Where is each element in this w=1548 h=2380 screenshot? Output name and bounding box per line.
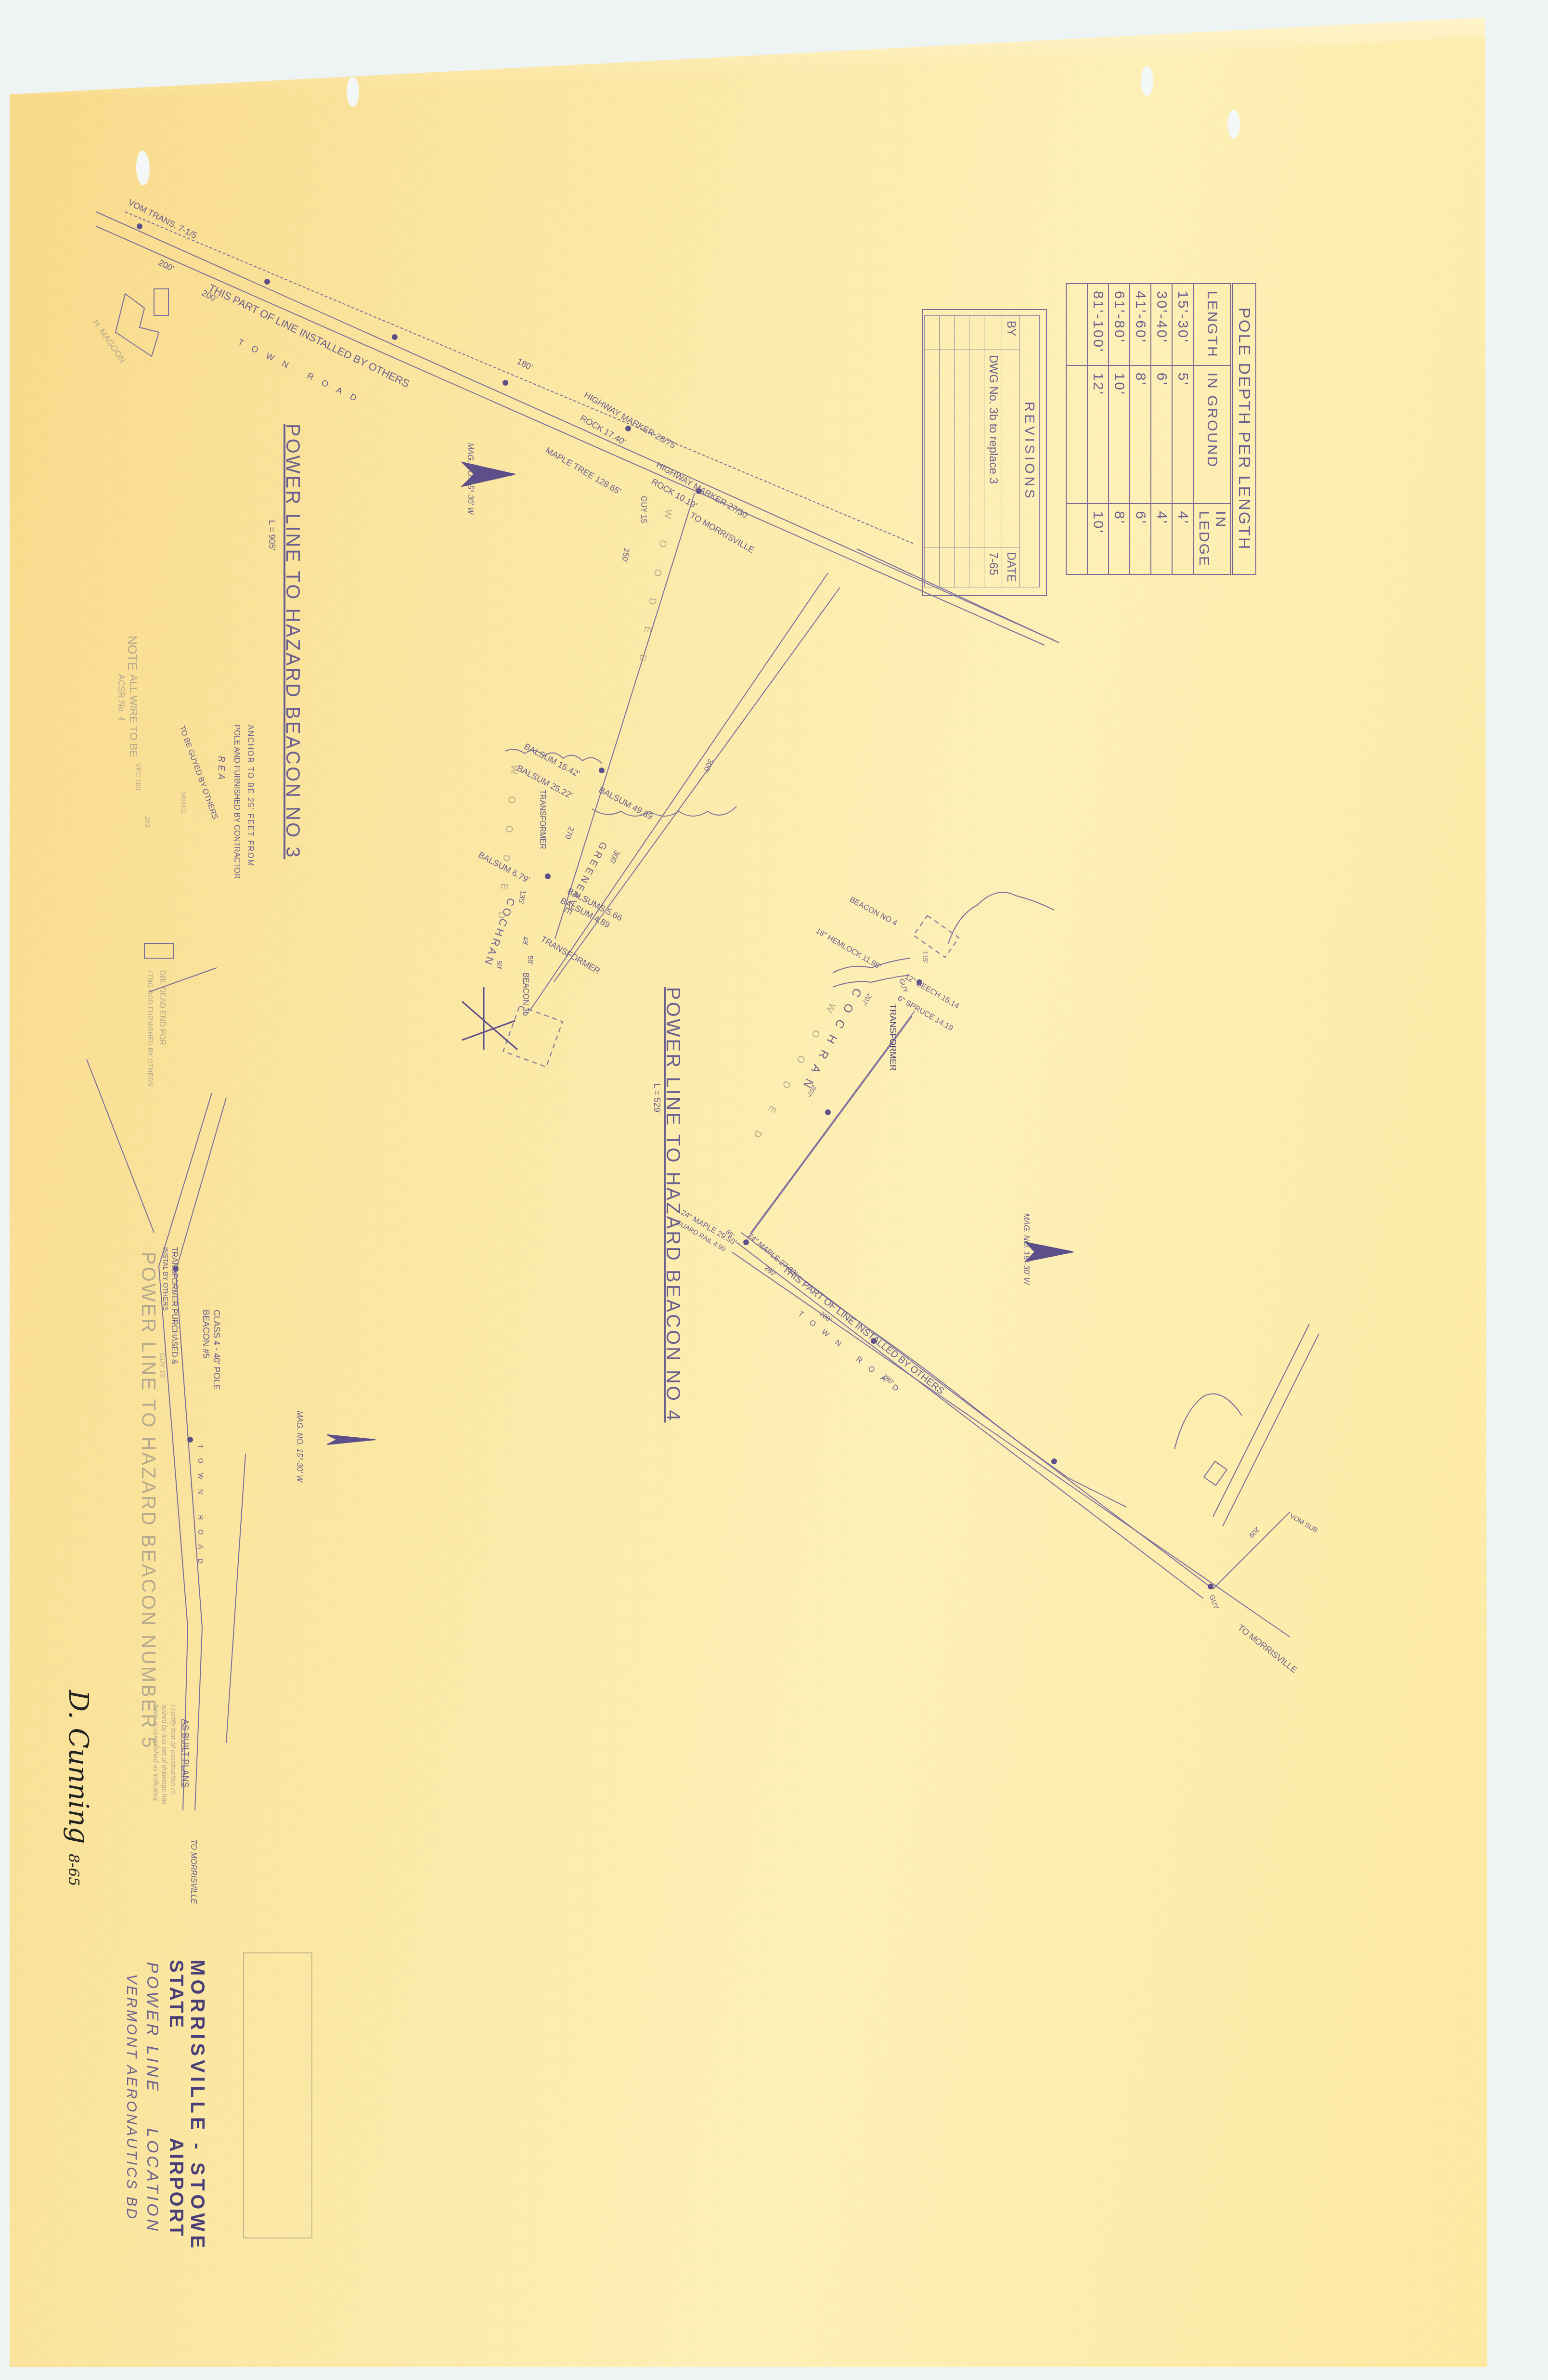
- label-to-morrisville-3: TO MORRISVILLE: [189, 1839, 197, 1904]
- label-transformer-purchased: TRANSFORMER PURCHASED &: [169, 1247, 178, 1365]
- label-guy-15: GUY 15: [639, 496, 647, 523]
- title-line4: VERMONT AERONAUTICS BD: [123, 1974, 140, 2221]
- revisions-title: REVISIONS: [1020, 316, 1040, 587]
- cell: 61'-80': [1109, 284, 1130, 365]
- cell: 4': [1151, 504, 1172, 574]
- title-line1: MORRISVILLE - STOWE: [186, 1960, 208, 2252]
- cell: [925, 350, 940, 547]
- label-span-283: 283': [144, 816, 152, 829]
- label-certify-3: been accomplished as indicated.: [152, 1704, 160, 1802]
- label-rea: REA: [216, 756, 226, 782]
- label-anchor-note-2: POLE AND FURNISHED BY CONTRACTOR: [232, 725, 241, 879]
- cell: [940, 316, 955, 350]
- cell: DWG No. 3b to replace 3: [984, 350, 1002, 547]
- label-guy-15b: GUY 15': [158, 1353, 166, 1378]
- cell: 6': [1130, 504, 1151, 574]
- pole-depth-title: POLE DEPTH PER LENGTH: [1232, 284, 1256, 574]
- cell: 4': [1172, 504, 1193, 574]
- title-block: [243, 1952, 312, 2238]
- label-span-50b: 50': [495, 961, 503, 969]
- table-row: 81'-100'12'10': [1087, 284, 1109, 574]
- table-row: 41'-60'8'6': [1130, 284, 1151, 574]
- label-mckee: McKEE: [180, 792, 188, 815]
- cell: [955, 350, 969, 547]
- title-line2-right: AIRPORT: [165, 2138, 187, 2238]
- label-span-50a: 50': [527, 956, 534, 964]
- cell: [925, 316, 940, 350]
- cell: [925, 547, 940, 587]
- cell: 10': [1109, 365, 1130, 504]
- revisions-table: REVISIONS BY DATE DWG No. 3b to replace …: [924, 315, 1040, 587]
- cell: [1066, 504, 1087, 574]
- cell: [969, 316, 984, 350]
- table-row: 30'-40'6'4': [1151, 284, 1172, 574]
- header-length: LENGTH: [1193, 284, 1232, 365]
- beacon3-title: POWER LINE TO HAZARD BEACON NO 3: [282, 424, 303, 859]
- label-certify-1: I certify that all construction re-: [169, 1704, 177, 1796]
- cell: 6': [1151, 365, 1172, 504]
- pole-depth-table: POLE DEPTH PER LENGTH LENGTH IN GROUND I…: [1066, 283, 1256, 575]
- cell: 8': [1130, 365, 1151, 504]
- label-as-built: AS BUILT PLANS: [180, 1719, 190, 1787]
- label-note-text-2: ACSR No. 4: [116, 674, 126, 721]
- label-ltng-rod: LTNG ROD FURNISHED BY OTHERS: [146, 970, 154, 1086]
- title-line3-left: POWER LINE: [143, 1962, 162, 2094]
- header-desc: [1002, 350, 1020, 547]
- signature-name: D. Cunning: [63, 1690, 94, 1844]
- cell: 7-65: [984, 547, 1002, 587]
- cell: [955, 316, 969, 350]
- table-row: 61'-80'10'8': [1109, 284, 1130, 574]
- label-certify-2: quired by this set of drawings has: [161, 1704, 168, 1805]
- label-anchor-note-1: ANCHOR TO BE 25' FEET FROM: [245, 725, 254, 867]
- label-span-49: 49': [522, 936, 529, 945]
- header-by: BY: [1002, 316, 1020, 350]
- cell: 10': [1087, 504, 1109, 574]
- cell: [955, 547, 969, 587]
- label-transformer-1: TRANSFORMER: [538, 790, 546, 849]
- north-arrow-label-2: MAG. NO. 15°-30' W: [1021, 1213, 1030, 1285]
- label-class4-pole: CLASS 4 - 40' POLE: [211, 1310, 221, 1390]
- north-arrow-label-1: MAG. NO. 15°-30' W: [465, 443, 474, 514]
- cell: [969, 350, 984, 547]
- table-row: DWG No. 3b to replace 37-65: [984, 316, 1002, 587]
- cell: [969, 547, 984, 587]
- cell: 12': [1087, 365, 1109, 504]
- cell: 30'-40': [1151, 284, 1172, 365]
- label-beacon-3b: BEACON 3b: [521, 973, 529, 1016]
- cell: [940, 547, 955, 587]
- label-beacon-5: BEACON #5: [201, 1310, 211, 1358]
- beacon3-length: L = 905': [267, 520, 277, 550]
- line-drawing: [0, 0, 1548, 2380]
- title-line2-left: STATE: [165, 1960, 187, 2029]
- label-note-text-1: ALL WIRE TO BE: [127, 674, 140, 757]
- header-in-ground: IN GROUND: [1193, 365, 1232, 504]
- label-dbl-dead-end: DBL DEAD END FOR: [157, 970, 166, 1045]
- cell: [1066, 284, 1087, 365]
- label-instal-by-others: INSTAL BY OTHERS: [162, 1247, 169, 1311]
- signature-date: 8-65: [65, 1854, 82, 1886]
- cell: [1066, 365, 1087, 504]
- label-vec-160: VEC 160: [134, 763, 142, 790]
- north-arrow-label-3: MAG. NO. 15°-30' W: [295, 1411, 303, 1482]
- cell: 5': [1172, 365, 1193, 504]
- table-row: 15'-30'5'4': [1172, 284, 1193, 574]
- label-transformer-3: TRANSFORMER: [888, 1004, 898, 1071]
- beacon4-length: L = 529': [652, 1083, 662, 1114]
- cell: 41'-60': [1130, 284, 1151, 365]
- beacon4-title: POWER LINE TO HAZARD BEACON NO 4: [662, 987, 684, 1422]
- label-span-115: 115': [921, 951, 929, 963]
- cell: [940, 350, 955, 547]
- title-line3-right: LOCATION: [143, 2128, 162, 2234]
- header-in-ledge: IN LEDGE: [1193, 504, 1232, 574]
- label-town-road-3: TOWN ROAD: [197, 1444, 205, 1573]
- cell: 15'-30': [1172, 284, 1193, 365]
- header-date: DATE: [1002, 547, 1020, 587]
- label-note: NOTE: [125, 636, 140, 670]
- cell: [984, 316, 1002, 350]
- cell: 81'-100': [1087, 284, 1109, 365]
- beacon5-title: POWER LINE TO HAZARD BEACON NUMBER 5: [137, 1252, 159, 1750]
- cell: 8': [1109, 504, 1130, 574]
